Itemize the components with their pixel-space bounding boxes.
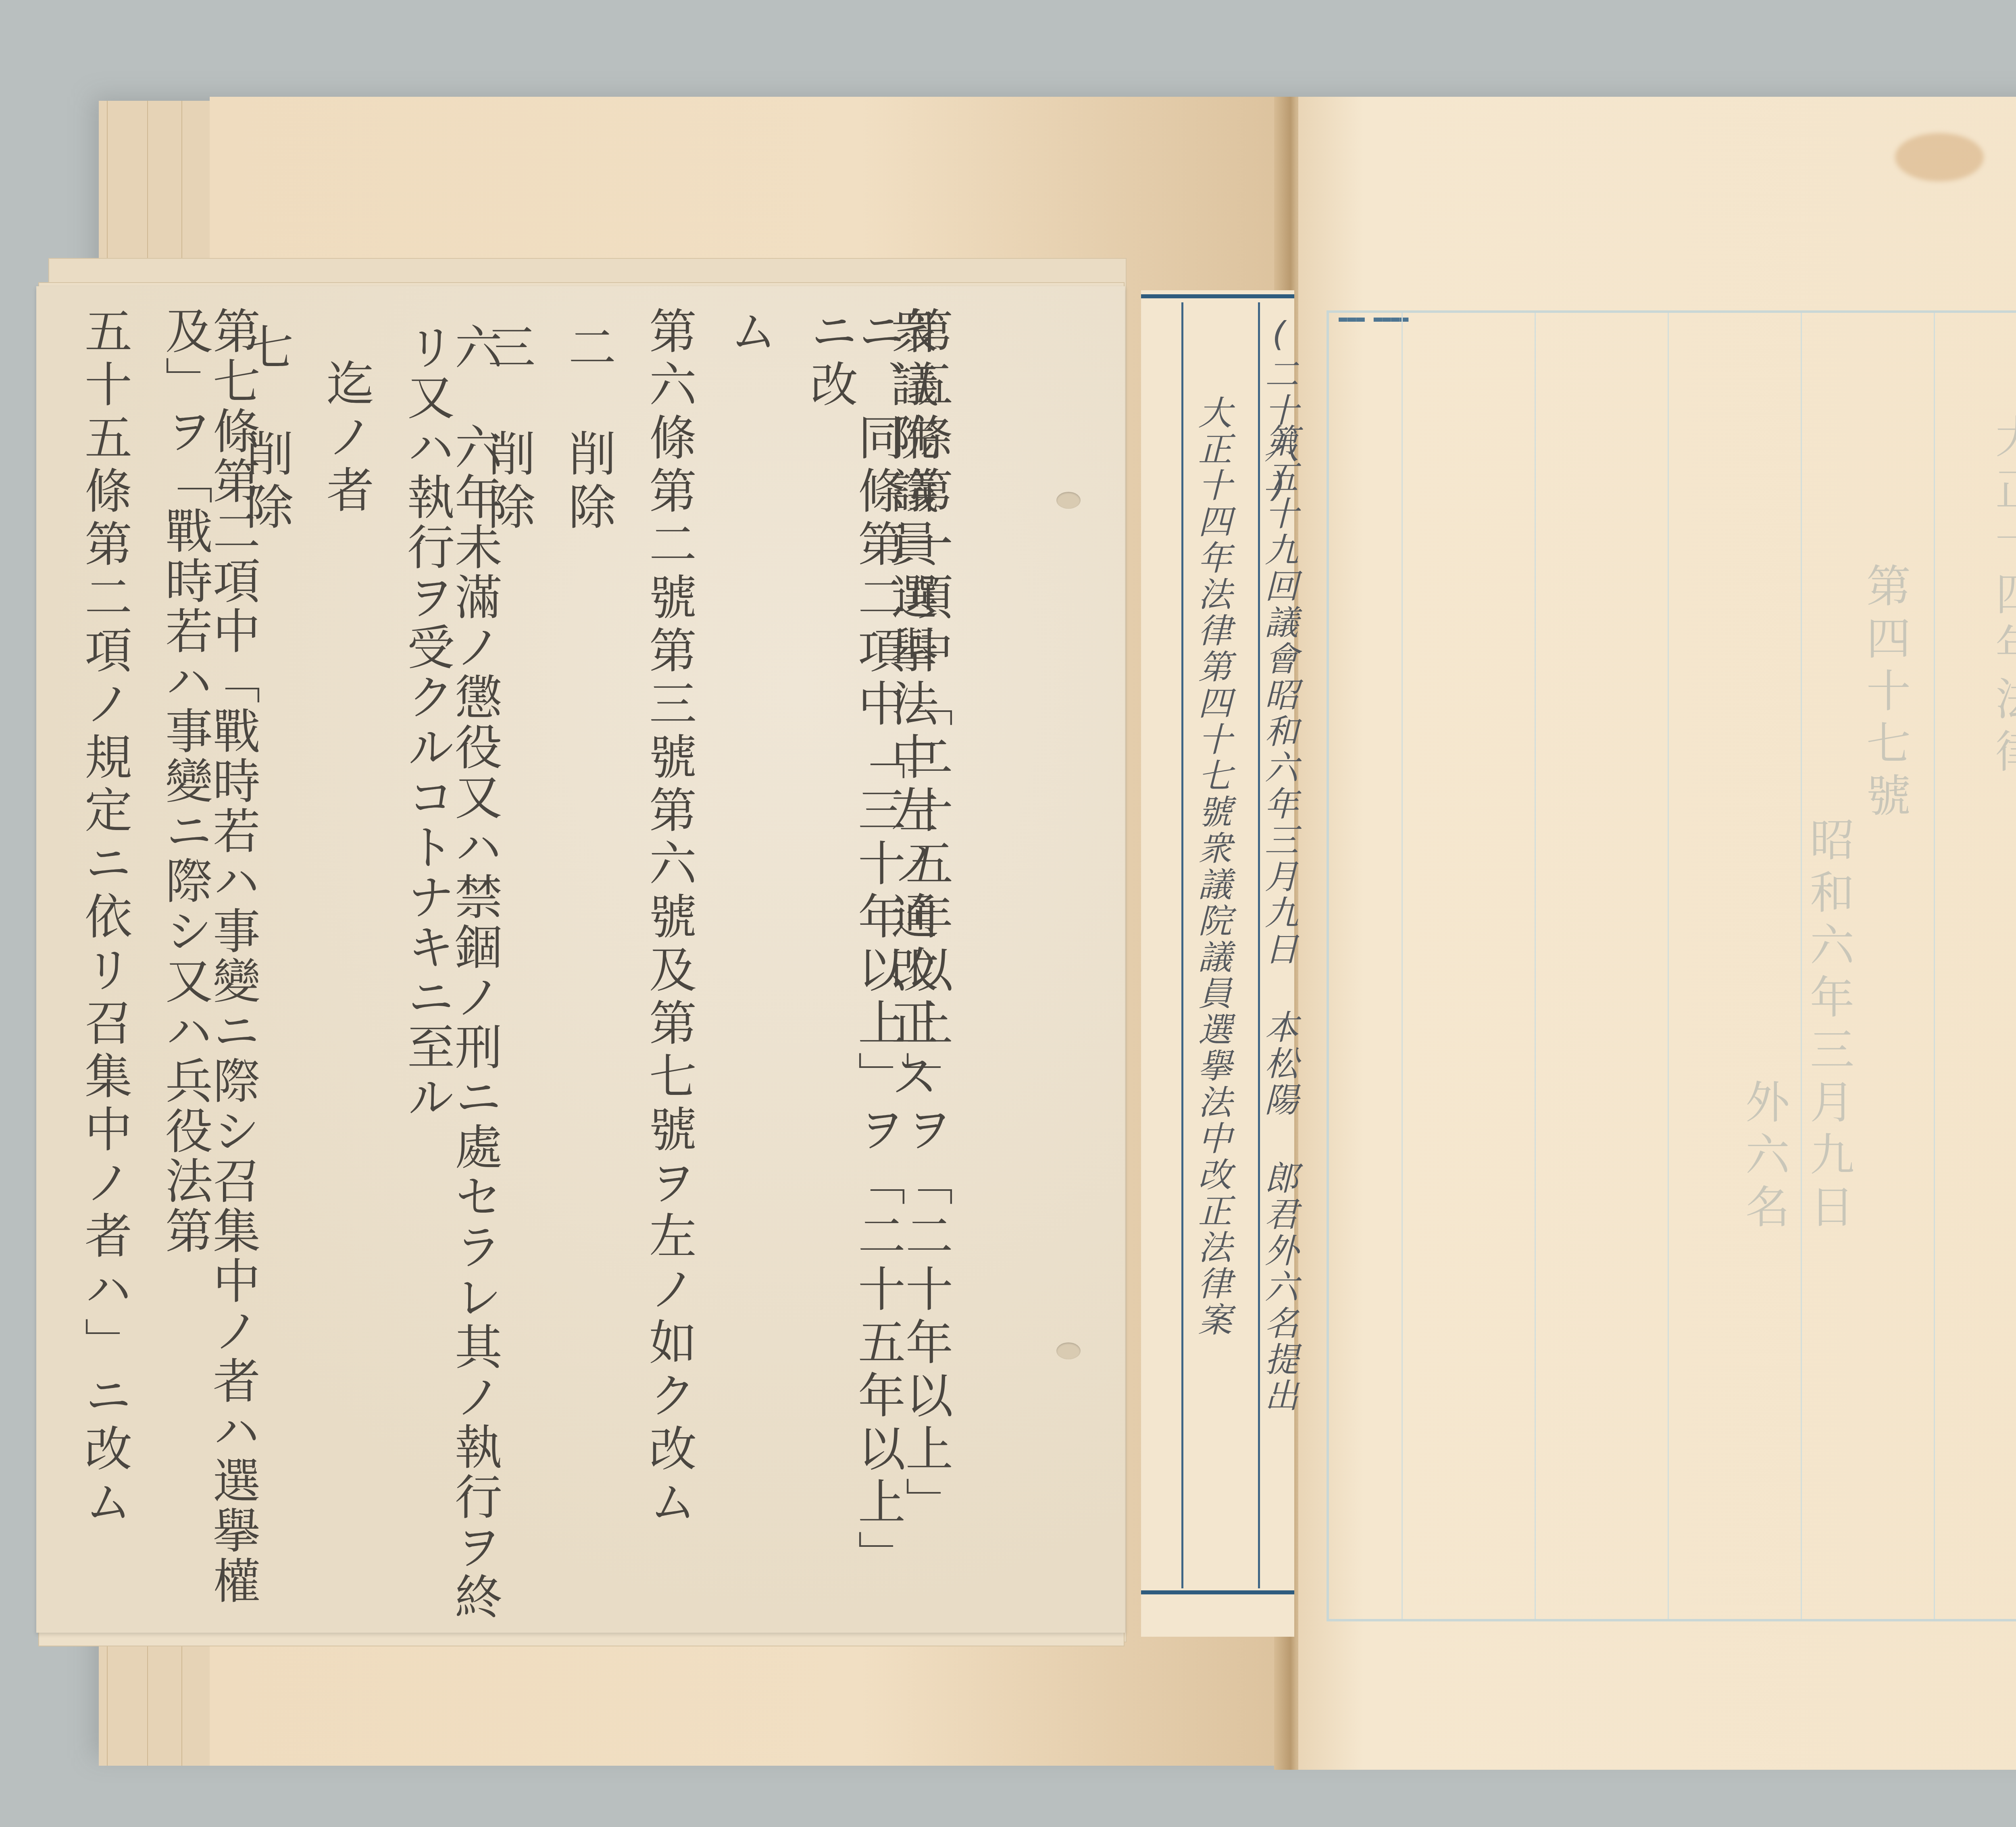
show-through-text: 第四十七號 <box>1853 563 1917 825</box>
ruled-form-frame: 大正十四年法律 第四十七號 昭和六年三月九日 外六名 <box>1327 310 2016 1621</box>
punch-hole <box>1056 492 1081 509</box>
sheet-line-article5: 第五條第一項中「二十五年以上」ヲ「二十年以上」ニ、同條第二項中「三十年以上」ヲ「… <box>806 306 949 1633</box>
sheet-line-article6: 第六條第二號第三號第六號及第七號ヲ左ノ如ク改ム <box>645 306 693 1530</box>
sheet-line-article7-cont: 五十五條第二項ノ規定ニ依リ召集中ノ者ハ」ニ改ム <box>81 306 128 1530</box>
show-through-text: 昭和六年三月九日 <box>1797 817 1860 1236</box>
punch-hole <box>1056 1342 1081 1359</box>
form-rule <box>1535 313 1536 1619</box>
show-through-text: 外六名 <box>1732 1079 1796 1236</box>
sheet-item-6-cont: 迄ノ者 <box>323 359 370 518</box>
sheet-item-6: 六 六年未滿ノ懲役又ハ禁錮ノ刑ニ處セラレ其ノ執行ヲ終リ又ハ執行ヲ受クルコトナキニ… <box>403 323 498 1633</box>
form-rule <box>1668 313 1669 1619</box>
sheet-item-2: 二 削除 <box>564 323 612 535</box>
handwritten-cover-strip: (二十八) 第五十九回議會昭和六年三月九日 本松陽 郎君外六名提出 大正十四年法… <box>1141 290 1294 1637</box>
blue-rule-bottom <box>1141 1590 1294 1594</box>
sheet-line-article7: 第七條第二項中「戰時若ハ事變ニ際シ召集中ノ者ハ選擧權及」ヲ「戰時若ハ事變ニ際シ又… <box>161 306 256 1633</box>
sheet-line-article5-cont: ム <box>726 306 773 360</box>
cover-line-bill-title: 大正十四年法律第四十七號衆議院議員選擧法中改正法律案 <box>1195 395 1229 1338</box>
cover-line-session: 第五十九回議會昭和六年三月九日 本松陽 郎君外六名提出 <box>1262 423 1296 1414</box>
show-through-text: 大正十四年法律 <box>1982 414 2016 780</box>
foxing-stain <box>1895 133 1984 181</box>
form-rule <box>1934 313 1935 1619</box>
printed-amendment-sheet: 衆議院議員選擧法中左ノ通改正ス 第五條第一項中「二十五年以上」ヲ「二十年以上」ニ… <box>36 286 1125 1633</box>
form-rule <box>1402 313 1403 1619</box>
blue-rule-top <box>1141 294 1294 298</box>
blue-rule-left <box>1181 302 1183 1588</box>
